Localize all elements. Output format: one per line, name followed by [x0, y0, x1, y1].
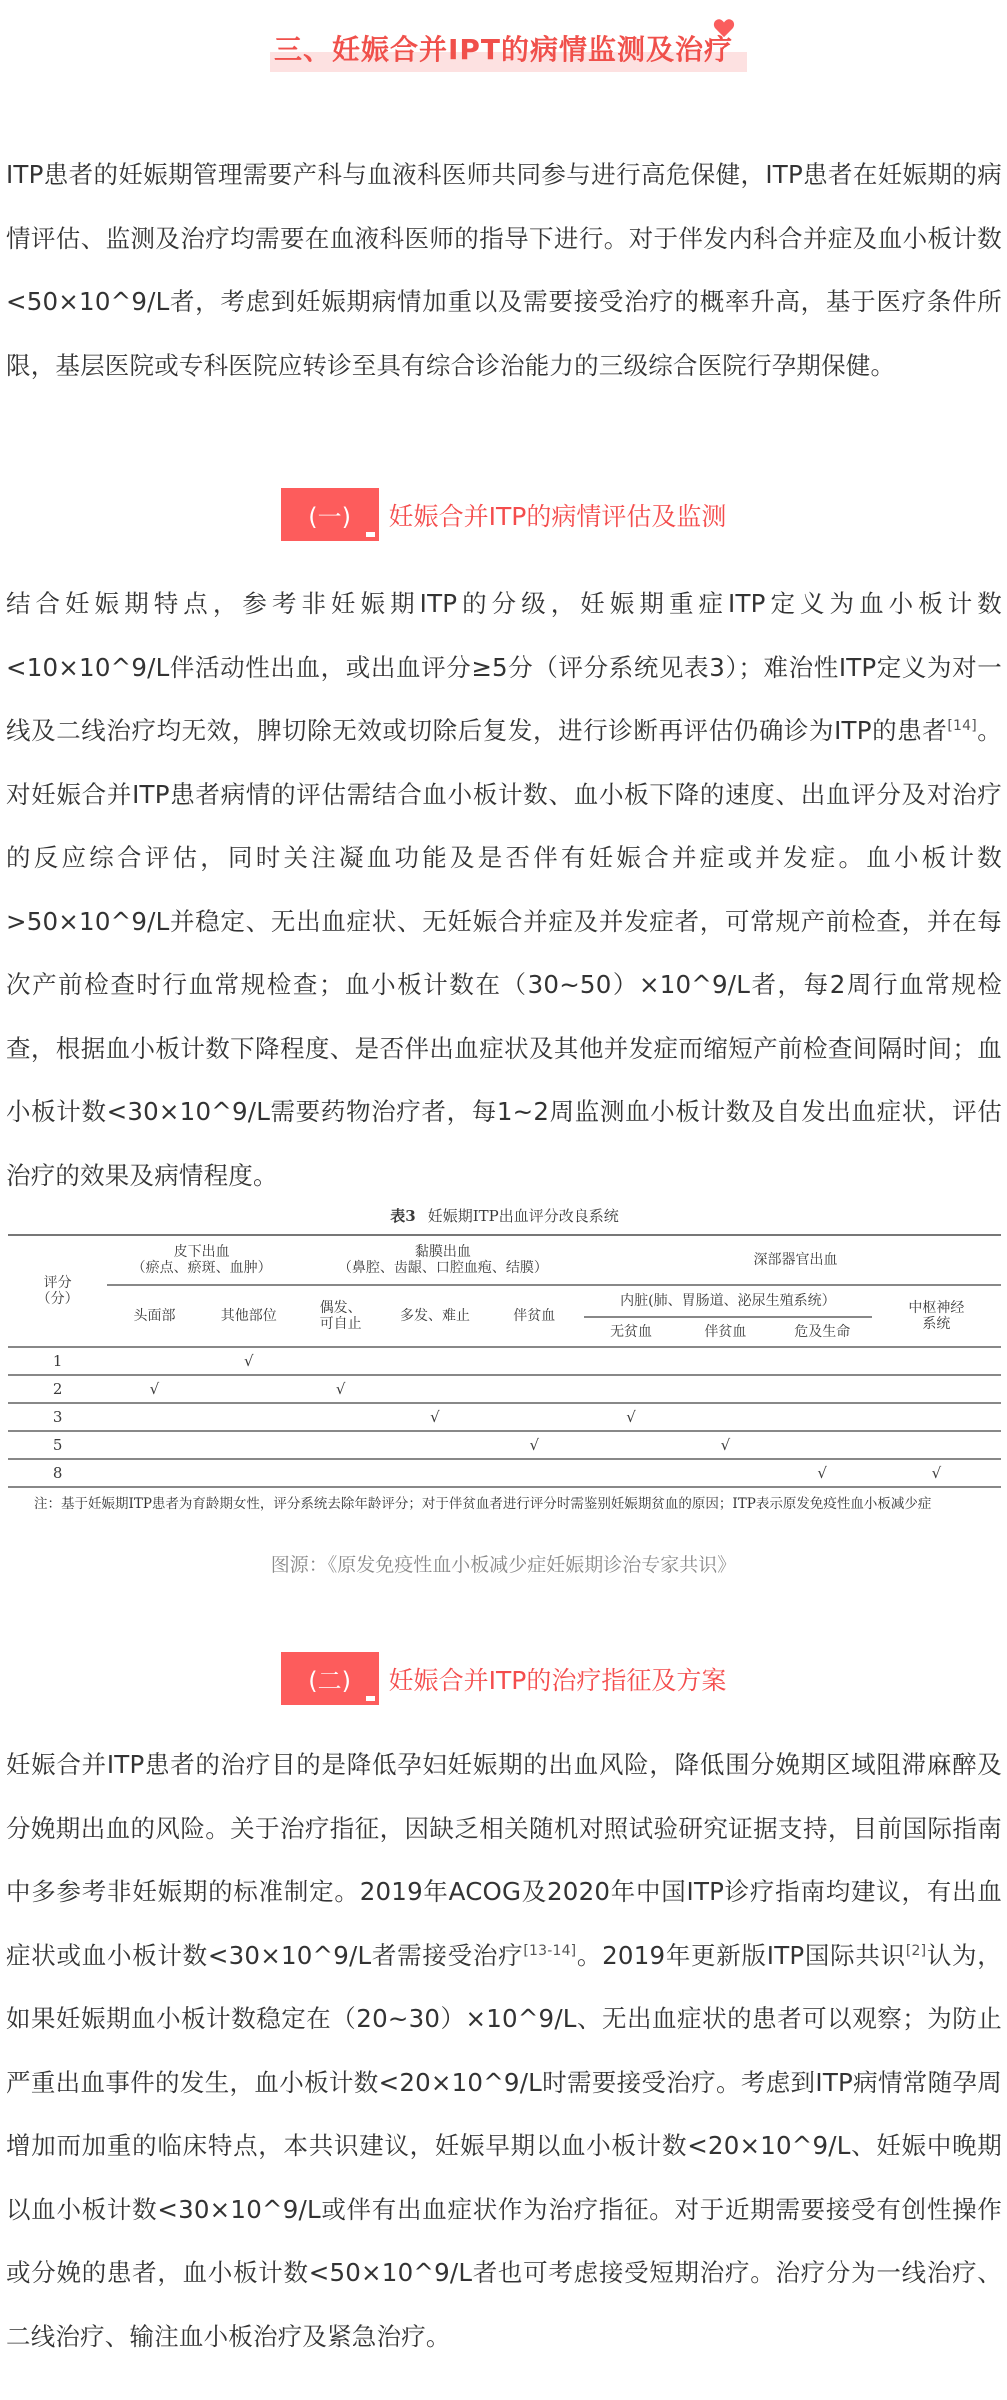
table-caption-title: 妊娠期ITP出血评分改良系统: [428, 1207, 619, 1225]
mark-cell: √: [773, 1459, 872, 1487]
mark-cell: [678, 1459, 772, 1487]
mark-cell: [296, 1403, 385, 1431]
mark-cell: [202, 1403, 296, 1431]
col-head-face: 头面部: [107, 1285, 201, 1347]
mark-cell: [296, 1431, 385, 1459]
table-row: 3 √ √: [8, 1403, 1001, 1431]
table-row: 2 √ √: [8, 1375, 1001, 1403]
mark-cell: [385, 1431, 484, 1459]
score-header: 评分 （分）: [8, 1235, 107, 1347]
section-badge: (二): [281, 1652, 379, 1705]
deep-organ-header: 深部器官出血: [584, 1235, 1001, 1285]
mark-cell: [584, 1375, 678, 1403]
mark-cell: [678, 1375, 772, 1403]
mark-cell: [773, 1403, 872, 1431]
col-visceral-anemia: 伴贫血: [678, 1317, 772, 1347]
mark-cell: √: [872, 1459, 1001, 1487]
paragraph-text: 结合妊娠期特点，参考非妊娠期ITP的分级，妊娠期重症ITP定义为血小板计数<10…: [6, 589, 1002, 745]
section-2-paragraph: 妊娠合并ITP患者的治疗目的是降低孕妇妊娠期的出血风险，降低围分娩期区域阻滞麻醉…: [6, 1733, 1002, 2368]
mark-cell: [872, 1375, 1001, 1403]
mark-cell: [385, 1459, 484, 1487]
mark-cell: [872, 1403, 1001, 1431]
mark-cell: [584, 1431, 678, 1459]
mark-cell: √: [107, 1375, 201, 1403]
mark-cell: √: [678, 1431, 772, 1459]
col-no-anemia: 无贫血: [584, 1317, 678, 1347]
section-badge-label: (一): [308, 497, 351, 532]
mark-cell: [385, 1375, 484, 1403]
main-heading: 三、妊娠合并IPT的病情监测及治疗: [0, 28, 1007, 68]
score-cell: 5: [8, 1431, 107, 1459]
mark-cell: [202, 1459, 296, 1487]
section-1-paragraph: 结合妊娠期特点，参考非妊娠期ITP的分级，妊娠期重症ITP定义为血小板计数<10…: [6, 572, 1002, 1207]
mark-cell: [773, 1431, 872, 1459]
citation-ref[interactable]: [14]: [947, 718, 977, 734]
mucosa-subtitle: （鼻腔、齿龈、口腔血疱、结膜）: [302, 1260, 584, 1276]
mark-cell: [678, 1403, 772, 1431]
col-life-threatening: 危及生命: [773, 1317, 872, 1347]
mark-cell: √: [584, 1403, 678, 1431]
mark-cell: [296, 1347, 385, 1375]
section-title: 妊娠合并ITP的病情评估及监测: [389, 497, 727, 533]
table-row: 8 √ √: [8, 1459, 1001, 1487]
mark-cell: [107, 1347, 201, 1375]
bleeding-score-table: 评分 （分） 皮下出血 （瘀点、瘀斑、血肿） 黏膜出血 （鼻腔、齿龈、口腔血疱、…: [8, 1234, 1001, 1488]
table-caption: 表3妊娠期ITP出血评分改良系统: [8, 1205, 1001, 1226]
mark-cell: [296, 1459, 385, 1487]
mark-cell: [584, 1459, 678, 1487]
mark-cell: √: [485, 1431, 584, 1459]
mark-cell: [773, 1347, 872, 1375]
main-heading-text: 三、妊娠合并IPT的病情监测及治疗: [274, 33, 733, 66]
mark-cell: [872, 1431, 1001, 1459]
paragraph-text: 。对妊娠合并ITP患者病情的评估需结合血小板计数、血小板下降的速度、出血评分及对…: [6, 716, 1002, 1190]
mucosal-bleeding-header: 黏膜出血 （鼻腔、齿龈、口腔血疱、结膜）: [296, 1235, 584, 1285]
col-cns: 中枢神经 系统: [872, 1285, 1001, 1347]
section-badge-label: (二): [308, 1661, 351, 1696]
mark-cell: [107, 1403, 201, 1431]
mark-cell: [678, 1347, 772, 1375]
mark-cell: [202, 1431, 296, 1459]
score-cell: 8: [8, 1459, 107, 1487]
visceral-header: 内脏(肺、胃肠道、泌尿生殖系统）: [584, 1285, 872, 1317]
table-caption-label: 表3: [390, 1207, 415, 1225]
paragraph-text: 妊娠合并ITP患者的治疗目的是降低孕妇妊娠期的出血风险，降低围分娩期区域阻滞麻醉…: [6, 1750, 1002, 1970]
skin-title: 皮下出血: [107, 1244, 296, 1260]
table-note: 注：基于妊娠期ITP患者为育龄期女性，评分系统去除年龄评分；对于伴贫血者进行评分…: [8, 1492, 1001, 1516]
section-heading-1: (一) 妊娠合并ITP的病情评估及监测: [0, 488, 1007, 541]
mark-cell: [202, 1375, 296, 1403]
score-cell: 1: [8, 1347, 107, 1375]
section-title: 妊娠合并ITP的治疗指征及方案: [389, 1661, 727, 1697]
mark-cell: √: [296, 1375, 385, 1403]
table-row: 5 √ √: [8, 1431, 1001, 1459]
heading-highlight: 三、妊娠合并IPT的病情监测及治疗: [266, 28, 741, 68]
mark-cell: [872, 1347, 1001, 1375]
citation-ref[interactable]: [13-14]: [523, 1943, 576, 1959]
skin-subtitle: （瘀点、瘀斑、血肿）: [107, 1260, 296, 1276]
table-row: 1 √: [8, 1347, 1001, 1375]
col-occasional: 偶发、 可自止: [296, 1285, 385, 1347]
mark-cell: [584, 1347, 678, 1375]
mark-cell: [485, 1375, 584, 1403]
score-cell: 2: [8, 1375, 107, 1403]
mark-cell: √: [202, 1347, 296, 1375]
intro-paragraph: ITP患者的妊娠期管理需要产科与血液科医师共同参与进行高危保健，ITP患者在妊娠…: [6, 143, 1002, 397]
paragraph-text: 。2019年更新版ITP国际共识: [576, 1941, 906, 1970]
mark-cell: [485, 1459, 584, 1487]
image-source-caption: 图源：《原发免疫性血小板减少症妊娠期诊治专家共识》: [0, 1550, 1007, 1577]
section-badge: (一): [281, 488, 379, 541]
section-heading-2: (二) 妊娠合并ITP的治疗指征及方案: [0, 1652, 1007, 1705]
col-multiple: 多发、难止: [385, 1285, 484, 1347]
mark-cell: √: [385, 1403, 484, 1431]
skin-bleeding-header: 皮下出血 （瘀点、瘀斑、血肿）: [107, 1235, 296, 1285]
mark-cell: [773, 1375, 872, 1403]
mark-cell: [485, 1347, 584, 1375]
badge-notch: [366, 532, 375, 537]
table-3-figure: 表3妊娠期ITP出血评分改良系统 评分 （分） 皮下出血 （瘀点、瘀斑、血肿） …: [8, 1205, 1001, 1516]
badge-notch: [366, 1696, 375, 1701]
col-other-sites: 其他部位: [202, 1285, 296, 1347]
mucosa-title: 黏膜出血: [302, 1244, 584, 1260]
citation-ref[interactable]: [2]: [906, 1943, 926, 1959]
paragraph-text: 认为，如果妊娠期血小板计数稳定在（20~30）×10^9/L、无出血症状的患者可…: [6, 1941, 1002, 2351]
mark-cell: [107, 1459, 201, 1487]
score-cell: 3: [8, 1403, 107, 1431]
mark-cell: [385, 1347, 484, 1375]
mark-cell: [107, 1431, 201, 1459]
col-mucosa-anemia: 伴贫血: [485, 1285, 584, 1347]
mark-cell: [485, 1403, 584, 1431]
